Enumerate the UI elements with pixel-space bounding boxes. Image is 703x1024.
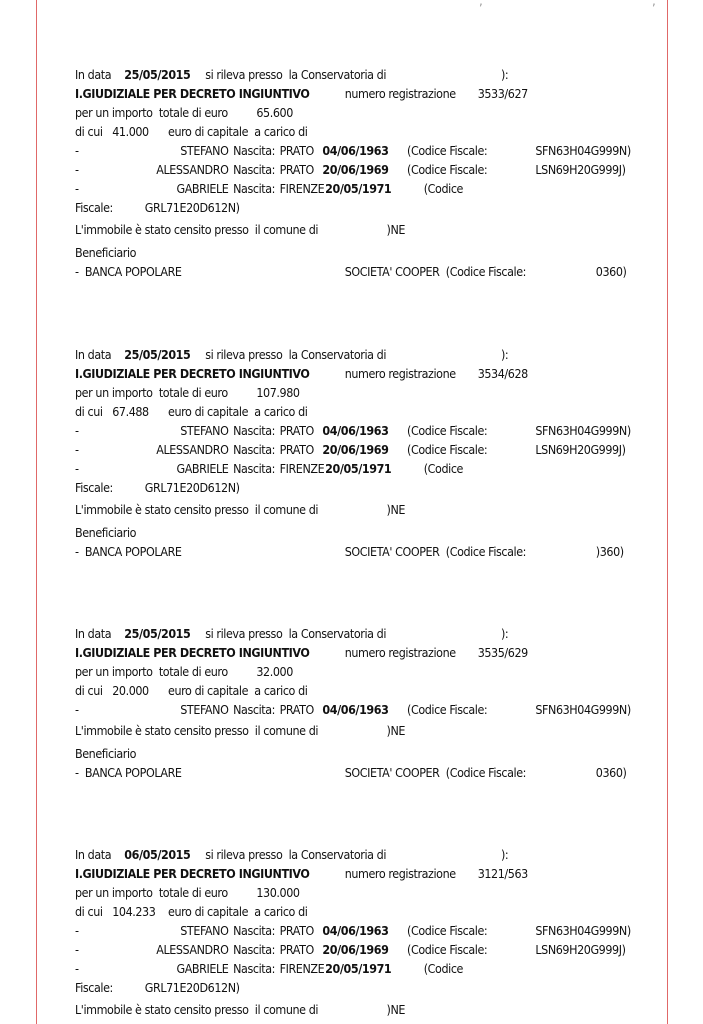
label: ):: [501, 625, 508, 644]
bullet-dash: -: [75, 180, 79, 199]
label: (Codice Fiscale:: [407, 161, 487, 180]
debtor-line: -STEFANONascita:PRATO04/06/1963(Codice F…: [75, 701, 670, 720]
debtor-line: -ALESSANDRONascita:PRATO20/06/1969(Codic…: [75, 941, 670, 960]
registration-number: 3121/563: [478, 865, 528, 884]
birth-date: 04/06/1963: [322, 922, 388, 941]
birth-date: 20/06/1969: [322, 941, 388, 960]
birth-place: PRATO: [280, 941, 314, 960]
birth-date: 04/06/1963: [322, 422, 388, 441]
label: si rileva presso la Conservatoria di: [205, 66, 386, 85]
label: Beneficiario: [75, 244, 136, 263]
label: di cui: [75, 682, 103, 701]
comune-name: )NE: [387, 501, 405, 520]
cut-off-text-fragment: ,: [652, 0, 656, 8]
registration-number: 3534/628: [478, 365, 528, 384]
capital-amount: 104.233: [112, 903, 155, 922]
birth-date: 20/06/1969: [322, 441, 388, 460]
bullet-dash: -: [75, 701, 79, 720]
beneficiary-name: - BANCA POPOLARE: [75, 764, 182, 783]
label: numero registrazione: [345, 644, 456, 663]
registration-number: 3535/629: [478, 644, 528, 663]
bullet-dash: -: [75, 161, 79, 180]
capital-amount: 20.000: [112, 682, 149, 701]
bullet-dash: -: [75, 941, 79, 960]
bullet-dash: -: [75, 142, 79, 161]
codice-fiscale: GRL71E20D612N): [145, 979, 240, 998]
debtor-line: -GABRIELENascita:FIRENZE20/05/1971(Codic…: [75, 960, 670, 979]
debtor-line: -STEFANONascita:PRATO04/06/1963(Codice F…: [75, 922, 670, 941]
debtor-line: -GABRIELENascita:FIRENZE20/05/1971(Codic…: [75, 460, 670, 479]
bullet-dash: -: [75, 422, 79, 441]
bullet-dash: -: [75, 960, 79, 979]
label: (Codice Fiscale:: [407, 142, 487, 161]
beneficiary-name: - BANCA POPOLARE: [75, 263, 182, 282]
debtor-line: -GABRIELENascita:FIRENZE20/05/1971(Codic…: [75, 180, 670, 199]
bullet-dash: -: [75, 922, 79, 941]
birth-place: PRATO: [280, 701, 314, 720]
total-amount: 65.600: [256, 104, 293, 123]
label: (Codice Fiscale:: [407, 701, 487, 720]
label: (Codice Fiscale:: [407, 941, 487, 960]
label: si rileva presso la Conservatoria di: [205, 846, 386, 865]
debtor-name: GABRIELE: [176, 180, 228, 199]
capital-amount: 41.000: [112, 123, 149, 142]
label: Nascita:: [233, 441, 275, 460]
total-amount: 32.000: [256, 663, 293, 682]
capital-amount: 67.488: [112, 403, 149, 422]
bullet-dash: -: [75, 441, 79, 460]
debtor-line: -ALESSANDRONascita:PRATO20/06/1969(Codic…: [75, 161, 670, 180]
label: (Codice Fiscale:: [407, 441, 487, 460]
codice-fiscale: GRL71E20D612N): [145, 199, 240, 218]
label: Nascita:: [233, 161, 275, 180]
label: numero registrazione: [345, 365, 456, 384]
label: di cui: [75, 123, 103, 142]
label: euro di capitale a carico di: [168, 682, 307, 701]
label: L'immobile è stato censito presso il com…: [75, 722, 318, 741]
beneficiary-cf: 0360): [596, 263, 627, 282]
label: per un importo totale di euro: [75, 884, 228, 903]
label: Nascita:: [233, 180, 275, 199]
label: Fiscale:: [75, 979, 113, 998]
codice-fiscale: SFN63H04G999N): [535, 422, 630, 441]
debtor-name: GABRIELE: [176, 460, 228, 479]
bullet-dash: -: [75, 460, 79, 479]
debtor-line: -STEFANONascita:PRATO04/06/1963(Codice F…: [75, 142, 670, 161]
label: In data: [75, 346, 111, 365]
birth-place: PRATO: [280, 142, 314, 161]
entry-type: I.GIUDIZIALE PER DECRETO INGIUNTIVO: [75, 865, 310, 884]
label: di cui: [75, 403, 103, 422]
label: L'immobile è stato censito presso il com…: [75, 1001, 318, 1020]
entry-date: 25/05/2015: [124, 66, 190, 85]
entry-type: I.GIUDIZIALE PER DECRETO INGIUNTIVO: [75, 644, 310, 663]
birth-place: PRATO: [280, 422, 314, 441]
label: per un importo totale di euro: [75, 384, 228, 403]
debtor-name: STEFANO: [180, 922, 228, 941]
total-amount: 107.980: [256, 384, 299, 403]
birth-place: PRATO: [280, 161, 314, 180]
label: Nascita:: [233, 960, 275, 979]
label: Nascita:: [233, 460, 275, 479]
comune-name: )NE: [387, 1001, 405, 1020]
cut-off-text-fragment: ,: [479, 0, 483, 8]
label: (Codice: [424, 960, 463, 979]
label: Nascita:: [233, 922, 275, 941]
label: euro di capitale a carico di: [168, 403, 307, 422]
codice-fiscale: LSN69H20G999J): [535, 161, 625, 180]
debtor-name: STEFANO: [180, 701, 228, 720]
beneficiary-name: - BANCA POPOLARE: [75, 543, 182, 562]
entry-type: I.GIUDIZIALE PER DECRETO INGIUNTIVO: [75, 365, 310, 384]
codice-fiscale: SFN63H04G999N): [535, 142, 630, 161]
label: (Codice: [424, 180, 463, 199]
label: SOCIETA' COOPER (Codice Fiscale:: [345, 263, 526, 282]
label: si rileva presso la Conservatoria di: [205, 625, 386, 644]
label: In data: [75, 846, 111, 865]
label: SOCIETA' COOPER (Codice Fiscale:: [345, 543, 526, 562]
entry-date: 25/05/2015: [124, 346, 190, 365]
label: In data: [75, 66, 111, 85]
label: (Codice: [424, 460, 463, 479]
label: (Codice Fiscale:: [407, 422, 487, 441]
debtor-line: -STEFANONascita:PRATO04/06/1963(Codice F…: [75, 422, 670, 441]
codice-fiscale: SFN63H04G999N): [535, 701, 630, 720]
birth-place: FIRENZE: [280, 460, 325, 479]
label: ):: [501, 346, 508, 365]
label: di cui: [75, 903, 103, 922]
birth-date: 20/05/1971: [325, 460, 391, 479]
beneficiary-cf: 0360): [596, 764, 627, 783]
codice-fiscale: SFN63H04G999N): [535, 922, 630, 941]
label: In data: [75, 625, 111, 644]
birth-place: PRATO: [280, 922, 314, 941]
label: (Codice Fiscale:: [407, 922, 487, 941]
label: Nascita:: [233, 701, 275, 720]
label: numero registrazione: [345, 865, 456, 884]
birth-date: 20/06/1969: [322, 161, 388, 180]
label: Fiscale:: [75, 479, 113, 498]
debtor-name: ALESSANDRO: [156, 161, 228, 180]
label: SOCIETA' COOPER (Codice Fiscale:: [345, 764, 526, 783]
comune-name: )NE: [387, 221, 405, 240]
label: Beneficiario: [75, 524, 136, 543]
codice-fiscale: LSN69H20G999J): [535, 941, 625, 960]
debtor-name: GABRIELE: [176, 960, 228, 979]
entry-type: I.GIUDIZIALE PER DECRETO INGIUNTIVO: [75, 85, 310, 104]
birth-place: FIRENZE: [280, 180, 325, 199]
birth-date: 20/05/1971: [325, 180, 391, 199]
label: L'immobile è stato censito presso il com…: [75, 221, 318, 240]
registration-number: 3533/627: [478, 85, 528, 104]
debtor-name: ALESSANDRO: [156, 941, 228, 960]
entry-date: 06/05/2015: [124, 846, 190, 865]
label: Nascita:: [233, 422, 275, 441]
debtor-name: STEFANO: [180, 422, 228, 441]
label: per un importo totale di euro: [75, 104, 228, 123]
debtor-line: -ALESSANDRONascita:PRATO20/06/1969(Codic…: [75, 441, 670, 460]
label: Nascita:: [233, 142, 275, 161]
birth-date: 20/05/1971: [325, 960, 391, 979]
birth-place: FIRENZE: [280, 960, 325, 979]
label: Fiscale:: [75, 199, 113, 218]
birth-date: 04/06/1963: [322, 142, 388, 161]
entry-date: 25/05/2015: [124, 625, 190, 644]
label: si rileva presso la Conservatoria di: [205, 346, 386, 365]
label: ):: [501, 66, 508, 85]
label: euro di capitale a carico di: [168, 123, 307, 142]
codice-fiscale: LSN69H20G999J): [535, 441, 625, 460]
beneficiary-cf: )360): [596, 543, 624, 562]
label: numero registrazione: [345, 85, 456, 104]
birth-place: PRATO: [280, 441, 314, 460]
label: Beneficiario: [75, 745, 136, 764]
label: L'immobile è stato censito presso il com…: [75, 501, 318, 520]
label: Nascita:: [233, 941, 275, 960]
birth-date: 04/06/1963: [322, 701, 388, 720]
label: ):: [501, 846, 508, 865]
codice-fiscale: GRL71E20D612N): [145, 479, 240, 498]
debtor-name: STEFANO: [180, 142, 228, 161]
label: euro di capitale a carico di: [168, 903, 307, 922]
comune-name: )NE: [387, 722, 405, 741]
debtor-name: ALESSANDRO: [156, 441, 228, 460]
total-amount: 130.000: [256, 884, 299, 903]
label: per un importo totale di euro: [75, 663, 228, 682]
